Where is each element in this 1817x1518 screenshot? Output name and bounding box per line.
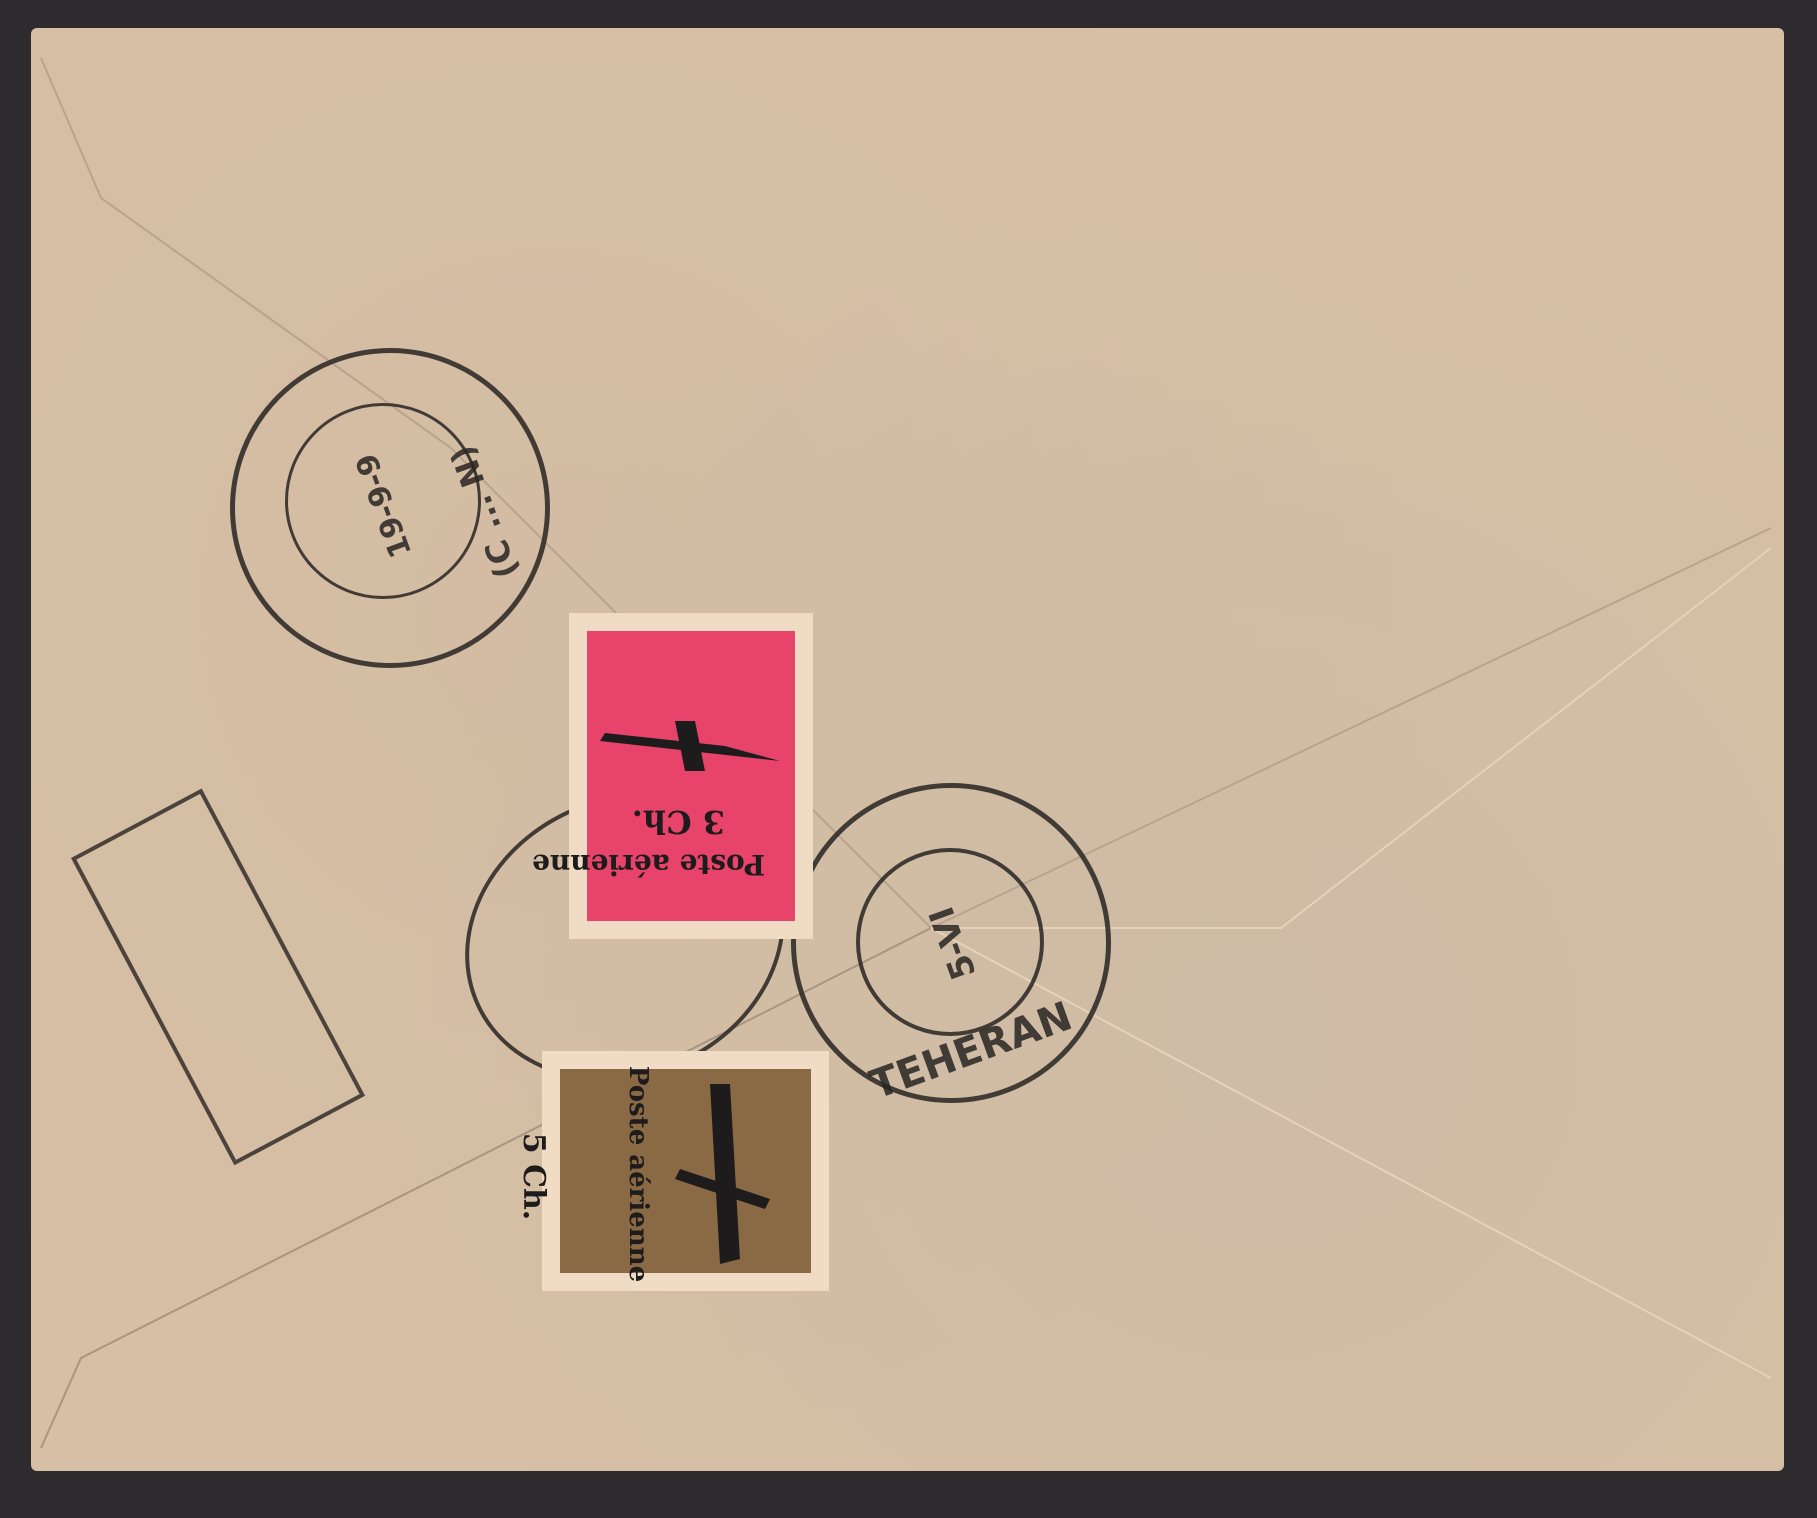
postmark-tehran: 5-VI TEHERAN <box>791 783 1111 1103</box>
overprint-text: Poste aérienne <box>623 1066 653 1282</box>
stamp-pink-3ch: Poste aérienne 3 Ch. <box>569 613 813 939</box>
overprint-text: Poste aérienne <box>532 848 765 881</box>
overprint-value: 3 Ch. <box>632 803 725 841</box>
stamp-brown-5ch: Poste aérienne 5 Ch. <box>542 1051 829 1291</box>
airplane-icon <box>660 1079 780 1269</box>
airplane-icon <box>595 711 785 801</box>
overprint-value: 5 Ch. <box>516 1133 551 1220</box>
postmark-upper-left: 19-9-9 (C ... N) <box>230 348 550 668</box>
envelope: 19-9-9 (C ... N) 5-VI TEHERAN Poste aéri… <box>31 28 1784 1471</box>
envelope-flap-creases <box>31 28 1784 1471</box>
